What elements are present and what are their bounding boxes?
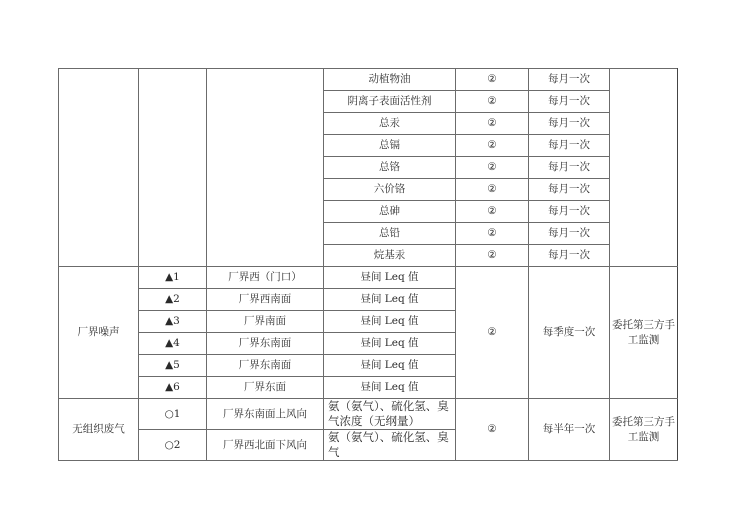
gas-category-cell: 无组织废气 (59, 399, 139, 461)
factor-cell: 昼间 Leq 值 (324, 311, 456, 333)
factor-cell: 动植物油 (324, 69, 456, 91)
method-cell: ② (456, 201, 529, 223)
frequency-cell: 每月一次 (529, 157, 610, 179)
method-cell: ② (456, 245, 529, 267)
point-id-cell: ▲2 (139, 289, 207, 311)
frequency-cell: 每月一次 (529, 201, 610, 223)
factor-cell: 昼间 Leq 值 (324, 289, 456, 311)
monitoring-table: 动植物油 ② 每月一次 阴离子表面活性剂 ② 每月一次 总汞 ② 每月一次 总镉… (58, 68, 678, 461)
frequency-cell: 每月一次 (529, 91, 610, 113)
note-cell: 委托第三方手工监测 (610, 267, 678, 399)
point-id-cell: ▲4 (139, 333, 207, 355)
table-row-noise: 厂界噪声 ▲1 厂界西（门口） 昼间 Leq 值 ② 每季度一次 委托第三方手工… (59, 267, 678, 289)
point-id-cell: ▲3 (139, 311, 207, 333)
factor-cell: 总砷 (324, 201, 456, 223)
factor-cell: 昼间 Leq 值 (324, 377, 456, 399)
note-cell-empty (610, 69, 678, 267)
method-cell: ② (456, 69, 529, 91)
factor-cell: 六价铬 (324, 179, 456, 201)
method-cell: ② (456, 179, 529, 201)
point-id-cell: ▲6 (139, 377, 207, 399)
location-cell: 厂界东南面 (207, 355, 324, 377)
point-id-cell: ○1 (139, 399, 207, 430)
frequency-cell: 每月一次 (529, 135, 610, 157)
method-cell: ② (456, 267, 529, 399)
method-cell: ② (456, 157, 529, 179)
location-cell: 厂界西北面下风向 (207, 430, 324, 461)
frequency-cell: 每月一次 (529, 113, 610, 135)
factor-cell: 氨（氨气）、硫化氢、臭气浓度（无纲量） (324, 399, 456, 430)
point-id-cell: ▲1 (139, 267, 207, 289)
factor-cell: 阴离子表面活性剂 (324, 91, 456, 113)
location-cell: 厂界南面 (207, 311, 324, 333)
point-id-cell: ▲5 (139, 355, 207, 377)
method-cell: ② (456, 91, 529, 113)
location-cell: 厂界西南面 (207, 289, 324, 311)
noise-category-cell: 厂界噪声 (59, 267, 139, 399)
frequency-cell: 每半年一次 (529, 399, 610, 461)
location-cell: 厂界西（门口） (207, 267, 324, 289)
factor-cell: 昼间 Leq 值 (324, 333, 456, 355)
frequency-cell: 每月一次 (529, 245, 610, 267)
note-cell: 委托第三方手工监测 (610, 399, 678, 461)
location-cell: 厂界东南面上风向 (207, 399, 324, 430)
factor-cell: 氨（氨气）、硫化氢、臭气 (324, 430, 456, 461)
method-cell: ② (456, 113, 529, 135)
table-row: 动植物油 ② 每月一次 (59, 69, 678, 91)
location-cell: 厂界东南面 (207, 333, 324, 355)
factor-cell: 总镉 (324, 135, 456, 157)
frequency-cell: 每月一次 (529, 69, 610, 91)
table-row-gas: 无组织废气 ○1 厂界东南面上风向 氨（氨气）、硫化氢、臭气浓度（无纲量） ② … (59, 399, 678, 430)
point-id-cell-empty (139, 69, 207, 267)
frequency-cell: 每月一次 (529, 223, 610, 245)
location-cell-empty (207, 69, 324, 267)
factor-cell: 昼间 Leq 值 (324, 267, 456, 289)
frequency-cell: 每月一次 (529, 179, 610, 201)
factor-cell: 烷基汞 (324, 245, 456, 267)
factor-cell: 总汞 (324, 113, 456, 135)
method-cell: ② (456, 399, 529, 461)
factor-cell: 总铅 (324, 223, 456, 245)
method-cell: ② (456, 135, 529, 157)
factor-cell: 总铬 (324, 157, 456, 179)
location-cell: 厂界东面 (207, 377, 324, 399)
method-cell: ② (456, 223, 529, 245)
point-id-cell: ○2 (139, 430, 207, 461)
frequency-cell: 每季度一次 (529, 267, 610, 399)
factor-cell: 昼间 Leq 值 (324, 355, 456, 377)
category-cell-empty (59, 69, 139, 267)
